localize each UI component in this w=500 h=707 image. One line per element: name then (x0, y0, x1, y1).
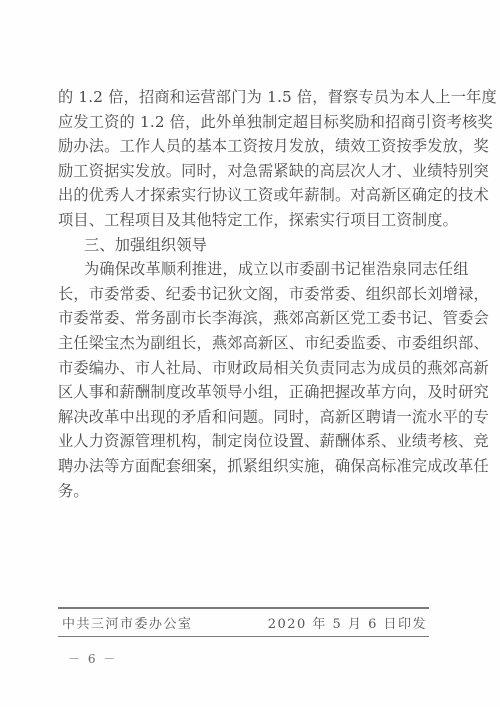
section-line: 长，市委常委、纪委书记狄文阁，市委常委、组织部长刘增禄， (58, 282, 426, 307)
section-line: 主任梁宝杰为副组长，燕郊高新区、市纪委监委、市委组织部、 (58, 331, 426, 356)
document-page: 的 1.2 倍，招商和运营部门为 1.5 倍，督察专员为本人上一年度 应发工资的… (0, 0, 500, 707)
section-line: 市委编办、市人社局、市财政局相关负责同志为成员的燕郊高新 (58, 356, 426, 381)
section-heading: 三、加强组织领导 (58, 233, 426, 258)
page-number: － 6 － (68, 650, 117, 667)
document-body: 的 1.2 倍，招商和运营部门为 1.5 倍，督察专员为本人上一年度 应发工资的… (58, 85, 426, 503)
body-line: 出的优秀人才探索实行协议工资或年薪制。对高新区确定的技术 (58, 183, 426, 208)
bottom-rule (58, 636, 429, 638)
body-line: 的 1.2 倍，招商和运营部门为 1.5 倍，督察专员为本人上一年度 (58, 85, 426, 110)
section-line: 解决改革中出现的矛盾和问题。同时，高新区聘请一流水平的专 (58, 405, 426, 430)
section-line: 业人力资源管理机构，制定岗位设置、薪酬体系、业绩考核、竞 (58, 429, 426, 454)
section-line: 市委常委、常务副市长李海滨，燕郊高新区党工委书记、管委会 (58, 306, 426, 331)
issue-date: 2020 年 5 月 6 日印发 (268, 613, 427, 632)
issuer-name: 中共三河市委办公室 (62, 613, 193, 632)
section-line: 聘办法等方面配套细案，抓紧组织实施，确保高标准完成改革任 (58, 454, 426, 479)
body-line: 应发工资的 1.2 倍，此外单独制定超目标奖励和招商引资考核奖 (58, 110, 426, 135)
section-line: 区人事和薪酬制度改革领导小组，正确把握改革方向，及时研究 (58, 380, 426, 405)
issuance-footer: 中共三河市委办公室 2020 年 5 月 6 日印发 (58, 607, 429, 637)
body-line: 项目、工程项目及其他特定工作，探索实行项目工资制度。 (58, 208, 426, 233)
body-line: 励工资据实发放。同时，对急需紧缺的高层次人才、业绩特别突 (58, 159, 426, 184)
footer-row: 中共三河市委办公室 2020 年 5 月 6 日印发 (58, 609, 429, 636)
section-line: 为确保改革顺利推进，成立以市委副书记崔浩泉同志任组 (58, 257, 426, 282)
section-line: 务。 (58, 479, 426, 504)
body-line: 励办法。工作人员的基本工资按月发放，绩效工资按季发放，奖 (58, 134, 426, 159)
